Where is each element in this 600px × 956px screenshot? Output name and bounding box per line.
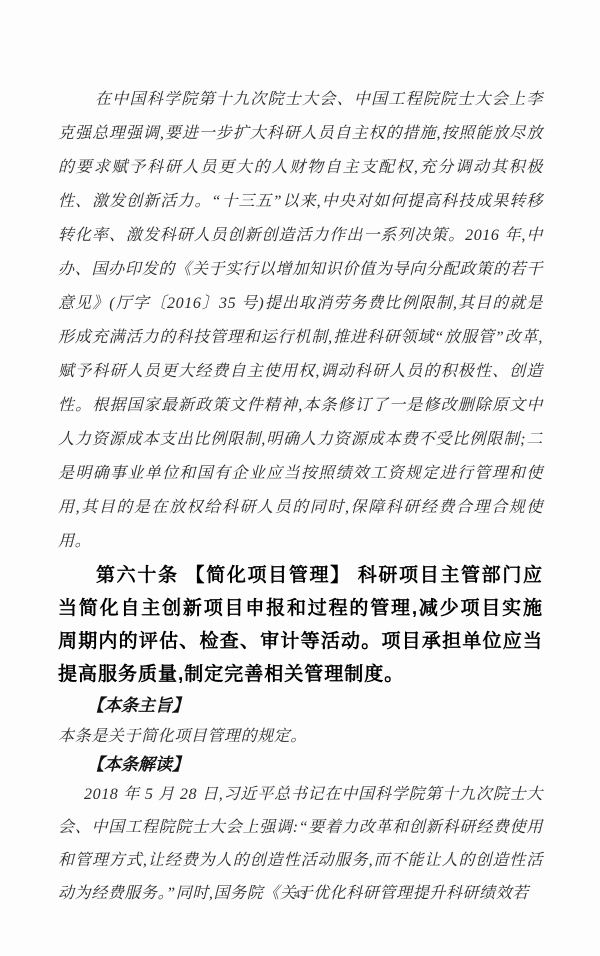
gist-body-text: 本条是关于简化项目管理的规定。: [58, 720, 543, 754]
article-60-statute-paragraph: 第六十条 【简化项目管理】 科研项目主管部门应当简化自主创新项目申报和过程的管理…: [58, 559, 543, 691]
document-page: 在中国科学院第十九次院士大会、中国工程院院士大会上李克强总理强调,要进一步扩大科…: [0, 0, 600, 956]
page-number: 43: [0, 887, 600, 902]
intro-paragraph: 在中国科学院第十九次院士大会、中国工程院院士大会上李克强总理强调,要进一步扩大科…: [58, 83, 543, 559]
interpretation-heading: 【本条解读】: [58, 752, 543, 778]
gist-heading: 【本条主旨】: [58, 693, 543, 719]
